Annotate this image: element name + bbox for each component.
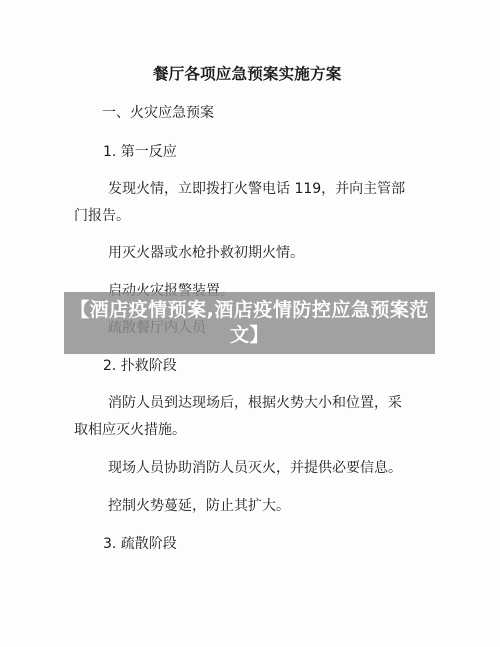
document-title: 餐厅各项应急预案实施方案 — [153, 65, 341, 83]
paragraph-line: 发现火情，立即拨打火警电话 119，并向主管部 — [108, 180, 405, 198]
paragraph-line: 消防人员到达现场后，根据火势大小和位置，采 — [108, 394, 402, 412]
section-heading: 一、火灾应急预案 — [102, 104, 214, 122]
title-overlay-banner: 【酒店疫情预案,酒店疫情防控应急预案范文】 — [64, 292, 435, 354]
paragraph-line: 现场人员协助消防人员灭火，并提供必要信息。 — [108, 459, 402, 477]
paragraph-line: 取相应灭火措施。 — [74, 421, 186, 439]
subsection-heading: 3. 疏散阶段 — [103, 535, 177, 553]
banner-text: 【酒店疫情预案,酒店疫情防控应急预案范文】 — [70, 298, 430, 348]
subsection-heading: 1. 第一反应 — [103, 143, 177, 161]
paragraph-line: 用灭火器或水枪扑救初期火情。 — [108, 244, 304, 262]
document-page: 餐厅各项应急预案实施方案 一、火灾应急预案 1. 第一反应 发现火情，立即拨打火… — [0, 0, 500, 647]
subsection-heading: 2. 扑救阶段 — [103, 357, 177, 375]
paragraph-line: 控制火势蔓延，防止其扩大。 — [108, 497, 290, 515]
paragraph-line: 门报告。 — [74, 207, 130, 225]
